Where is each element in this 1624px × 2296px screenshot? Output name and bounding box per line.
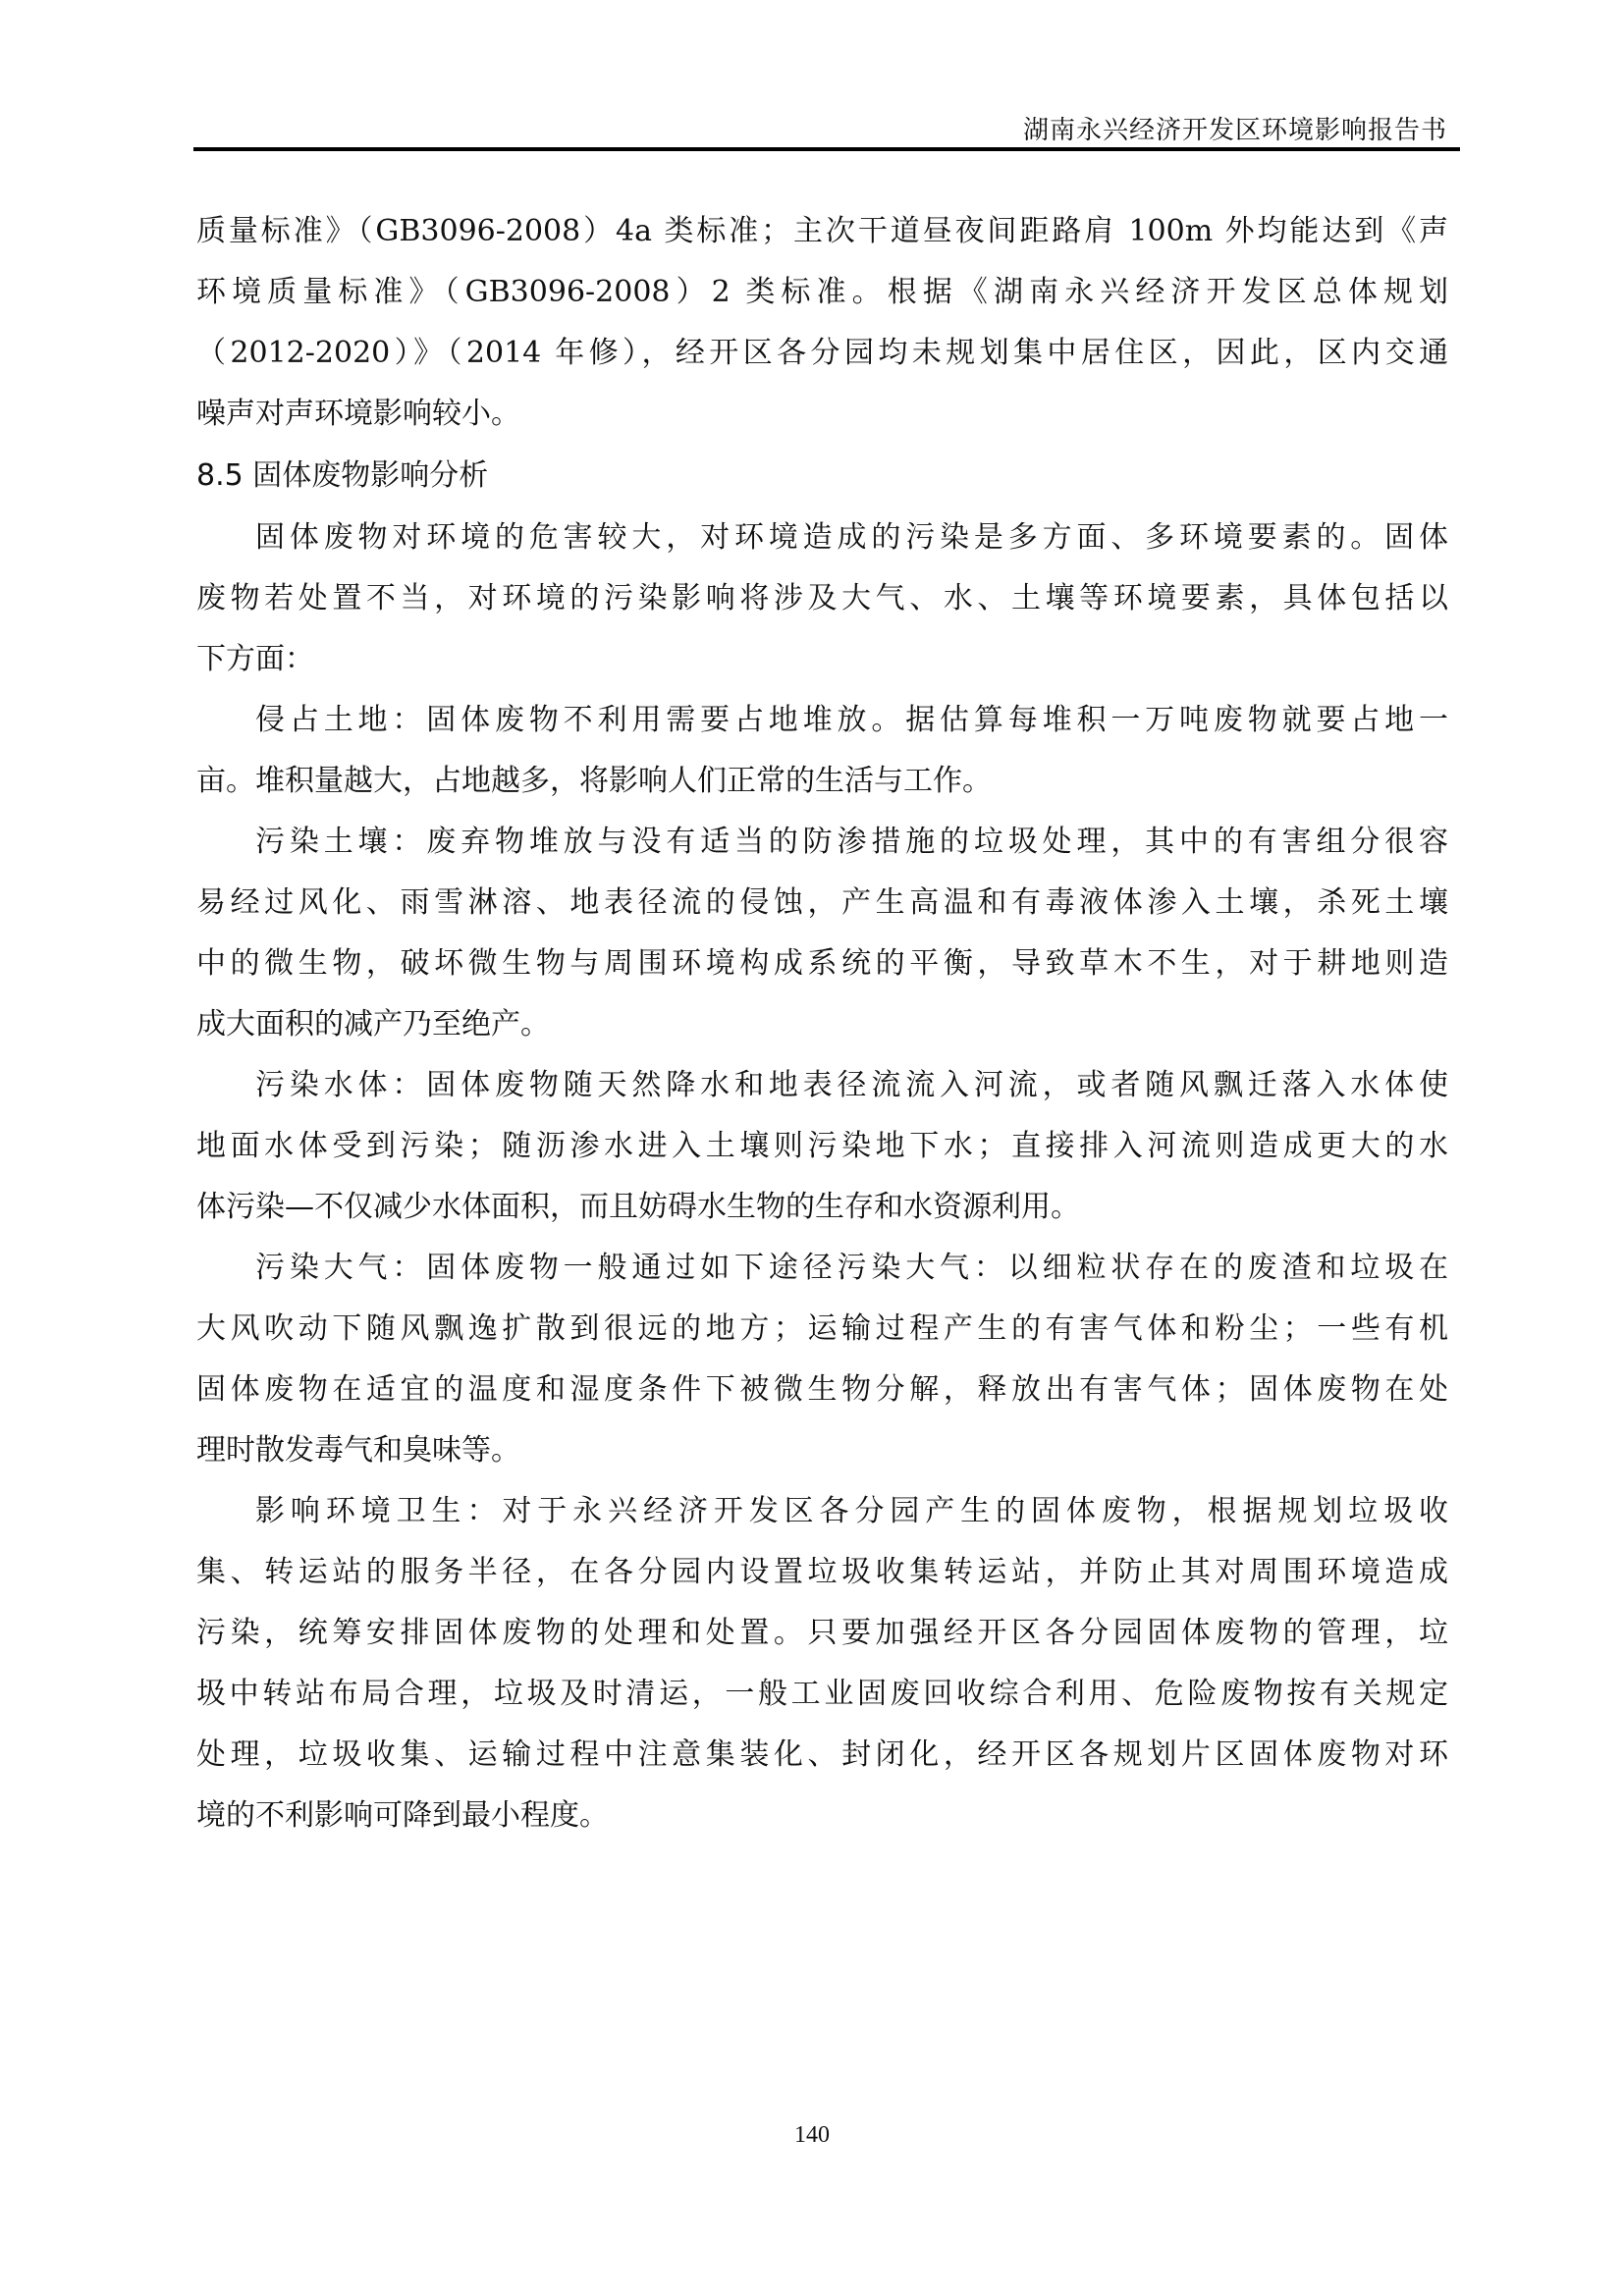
text-line: 体污染—不仅减少水体面积，而且妨碍水生物的生存和水资源利用。	[196, 1177, 1448, 1238]
text-line: 侵占土地：固体废物不利用需要占地堆放。据估算每堆积一万吨废物就要占地一	[196, 690, 1448, 751]
text-line: 污染，统筹安排固体废物的处理和处置。只要加强经开区各分园固体废物的管理，垃	[196, 1603, 1448, 1664]
text-line: 易经过风化、雨雪淋溶、地表径流的侵蚀，产生高温和有毒液体渗入土壤，杀死土壤	[196, 873, 1448, 934]
paragraph-soil-pollution: 污染土壤：废弃物堆放与没有适当的防渗措施的垃圾处理，其中的有害组分很容 易经过风…	[196, 812, 1448, 1055]
text-line: 污染大气：固体废物一般通过如下途径污染大气：以细粒状存在的废渣和垃圾在	[196, 1238, 1448, 1299]
text-line: 处理，垃圾收集、运输过程中注意集装化、封闭化，经开区各规划片区固体废物对环	[196, 1725, 1448, 1786]
section-heading: 8.5 固体废物影响分析	[196, 445, 1448, 507]
text-line: 污染土壤：废弃物堆放与没有适当的防渗措施的垃圾处理，其中的有害组分很容	[196, 812, 1448, 873]
text-line: 固体废物对环境的危害较大，对环境造成的污染是多方面、多环境要素的。固体	[196, 507, 1448, 568]
text-line: 环境质量标准》（GB3096-2008）2 类标准。根据《湖南永兴经济开发区总体…	[196, 262, 1448, 323]
paragraph-intro: 固体废物对环境的危害较大，对环境造成的污染是多方面、多环境要素的。固体 废物若处…	[196, 507, 1448, 690]
page-body: 质量标准》（GB3096-2008）4a 类标准；主次干道昼夜间距路肩 100m…	[196, 201, 1448, 1846]
text-line: 中的微生物，破坏微生物与周围环境构成系统的平衡，导致草木不生，对于耕地则造	[196, 934, 1448, 994]
paragraph-water-pollution: 污染水体：固体废物随天然降水和地表径流流入河流，或者随风飘迁落入水体使 地面水体…	[196, 1055, 1448, 1238]
paragraph-land-occupation: 侵占土地：固体废物不利用需要占地堆放。据估算每堆积一万吨废物就要占地一 亩。堆积…	[196, 690, 1448, 812]
header-divider	[193, 147, 1460, 151]
text-line: 地面水体受到污染；随沥渗水进入土壤则污染地下水；直接排入河流则造成更大的水	[196, 1116, 1448, 1177]
text-line: 质量标准》（GB3096-2008）4a 类标准；主次干道昼夜间距路肩 100m…	[196, 201, 1448, 262]
text-line: 成大面积的减产乃至绝产。	[196, 994, 1448, 1055]
paragraph-sanitation: 影响环境卫生：对于永兴经济开发区各分园产生的固体废物，根据规划垃圾收 集、转运站…	[196, 1481, 1448, 1846]
paragraph-noise-conclusion: 质量标准》（GB3096-2008）4a 类标准；主次干道昼夜间距路肩 100m…	[196, 201, 1448, 445]
text-line: 固体废物在适宜的温度和湿度条件下被微生物分解，释放出有害气体；固体废物在处	[196, 1360, 1448, 1420]
text-line: （2012-2020）》（2014 年修），经开区各分园均未规划集中居住区，因此…	[196, 323, 1448, 384]
text-line: 污染水体：固体废物随天然降水和地表径流流入河流，或者随风飘迁落入水体使	[196, 1055, 1448, 1116]
text-line: 废物若处置不当，对环境的污染影响将涉及大气、水、土壤等环境要素，具体包括以	[196, 568, 1448, 629]
text-line: 亩。堆积量越大，占地越多，将影响人们正常的生活与工作。	[196, 751, 1448, 812]
text-line: 境的不利影响可降到最小程度。	[196, 1786, 1448, 1846]
text-line: 影响环境卫生：对于永兴经济开发区各分园产生的固体废物，根据规划垃圾收	[196, 1481, 1448, 1542]
text-line: 理时散发毒气和臭味等。	[196, 1420, 1448, 1481]
text-line: 噪声对声环境影响较小。	[196, 384, 1448, 445]
paragraph-air-pollution: 污染大气：固体废物一般通过如下途径污染大气：以细粒状存在的废渣和垃圾在 大风吹动…	[196, 1238, 1448, 1481]
page-number: 140	[0, 2122, 1624, 2149]
header-title: 湖南永兴经济开发区环境影响报告书	[1023, 110, 1447, 146]
text-line: 集、转运站的服务半径，在各分园内设置垃圾收集转运站，并防止其对周围环境造成	[196, 1542, 1448, 1603]
text-line: 圾中转站布局合理，垃圾及时清运，一般工业固废回收综合利用、危险废物按有关规定	[196, 1664, 1448, 1725]
text-line: 下方面：	[196, 629, 1448, 690]
text-line: 大风吹动下随风飘逸扩散到很远的地方；运输过程产生的有害气体和粉尘；一些有机	[196, 1299, 1448, 1360]
